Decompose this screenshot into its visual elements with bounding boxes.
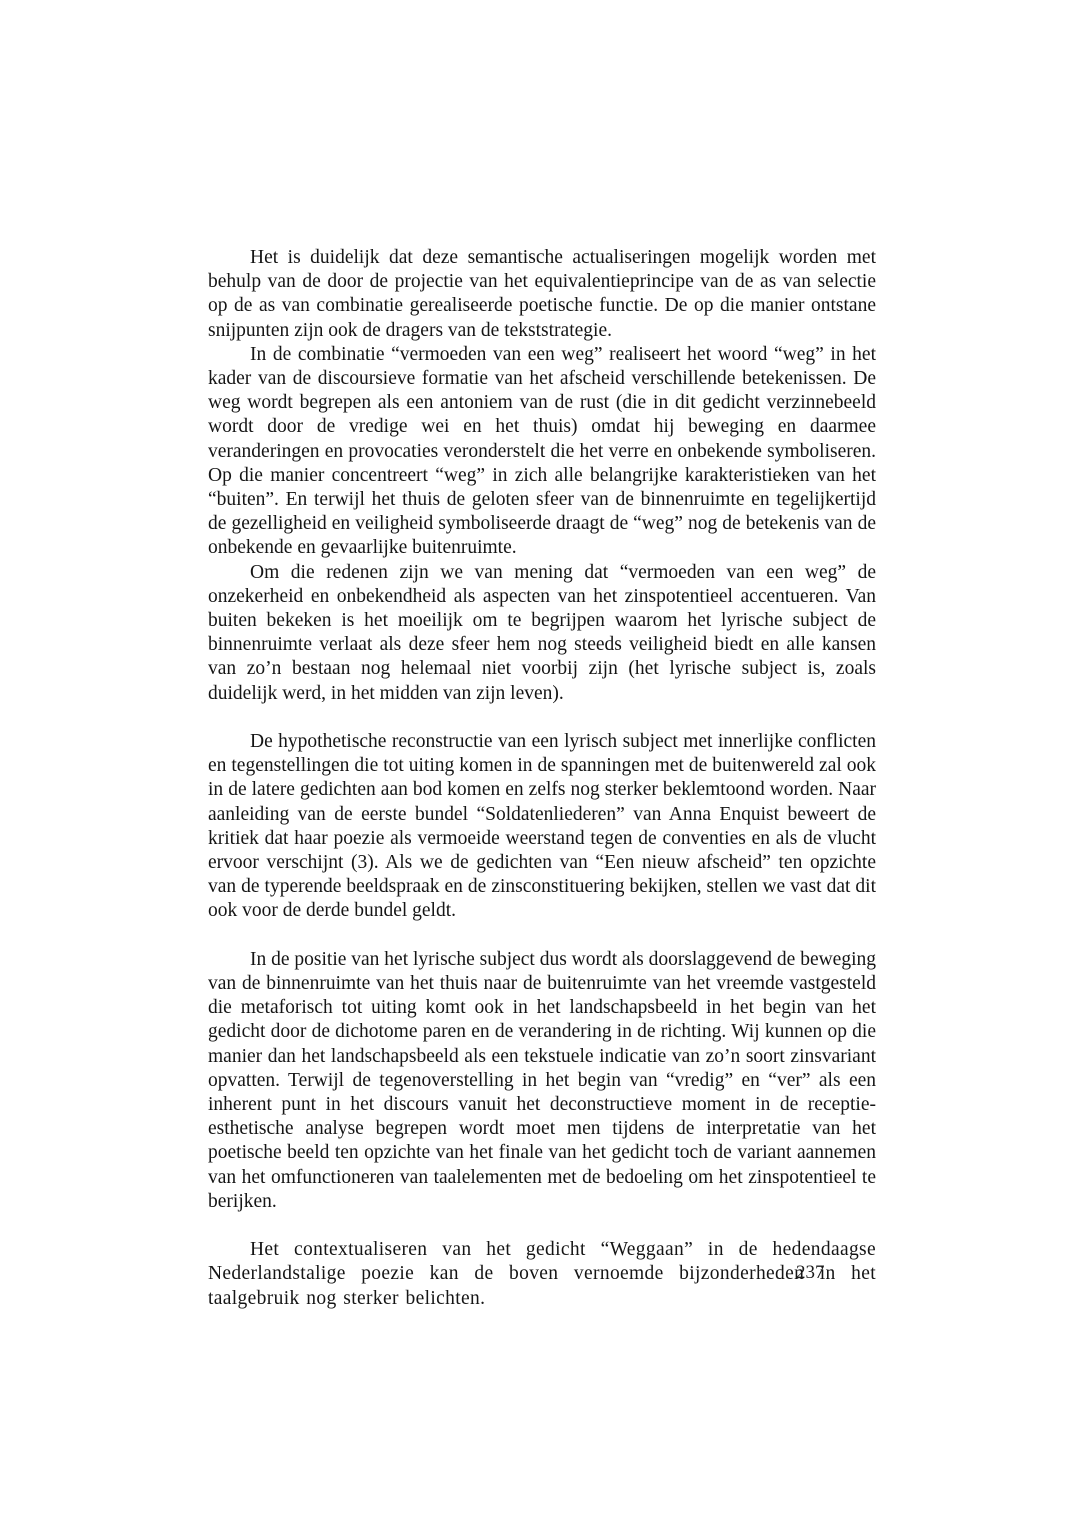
paragraph-6: Het contextualiseren van het gedicht “We… xyxy=(208,1238,876,1311)
paragraph-1: Het is duidelijk dat deze semantische ac… xyxy=(208,246,876,343)
paragraph-5: In de positie van het lyrische subject d… xyxy=(208,948,876,1214)
document-page: Het is duidelijk dat deze semantische ac… xyxy=(0,0,1080,1528)
body-text: Het is duidelijk dat deze semantische ac… xyxy=(208,246,876,1311)
paragraph-3: Om die redenen zijn we van mening dat “v… xyxy=(208,561,876,706)
paragraph-2: In de combinatie “vermoeden van een weg”… xyxy=(208,343,876,561)
paragraph-4: De hypothetische reconstructie van een l… xyxy=(208,730,876,924)
page-number: 237 xyxy=(796,1261,825,1285)
